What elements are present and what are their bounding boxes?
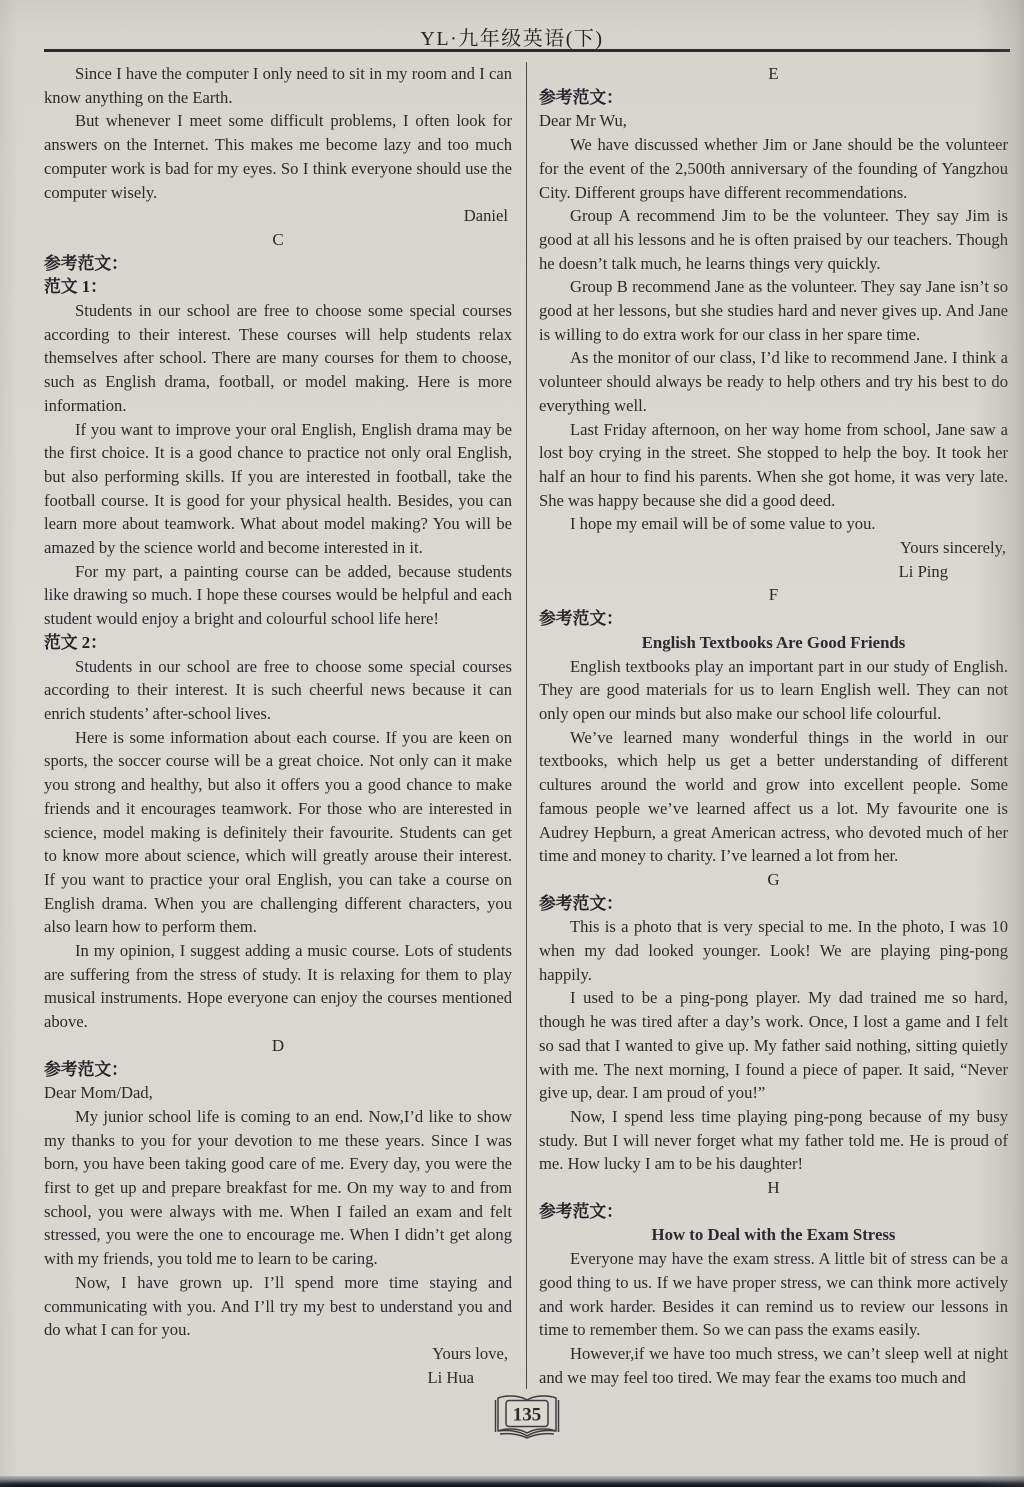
paragraph: In my opinion, I suggest adding a music … [44, 939, 512, 1034]
paragraph: This is a photo that is very special to … [539, 915, 1008, 986]
reference-label: 参考范文： [44, 1058, 512, 1082]
paragraph: Group A recommend Jim to be the voluntee… [539, 204, 1008, 275]
signature-line: Yours love, [44, 1342, 512, 1366]
reference-label: 参考范文： [44, 252, 512, 276]
paragraph: For my part, a painting course can be ad… [44, 560, 512, 631]
paragraph: Group B recommend Jane as the volunteer.… [539, 275, 1008, 346]
section-letter: C [44, 228, 512, 252]
textbook-page: { "header": { "title": "YL·九年级英语(下)" }, … [0, 0, 1024, 1487]
content: Since I have the computer I only need to… [44, 62, 1008, 1389]
essay-title: English Textbooks Are Good Friends [539, 631, 1008, 655]
paragraph: I hope my email will be of some value to… [539, 512, 1008, 536]
paragraph: We’ve learned many wonderful things in t… [539, 726, 1008, 868]
signature-line: Daniel [44, 204, 512, 228]
reference-label: 参考范文： [539, 86, 1008, 110]
essay-title: How to Deal with the Exam Stress [539, 1223, 1008, 1247]
footer: 135 [492, 1392, 562, 1440]
paragraph: As the monitor of our class, I’d like to… [539, 346, 1008, 417]
reference-label: 参考范文： [539, 892, 1008, 916]
section-letter: H [539, 1176, 1008, 1200]
paragraph: My junior school life is coming to an en… [44, 1105, 512, 1271]
paragraph: If you want to improve your oral English… [44, 418, 512, 560]
page-title: YL·九年级英语(下) [0, 22, 1024, 51]
reference-label: 范文 2： [44, 631, 512, 655]
header-rule [44, 49, 1010, 52]
paragraph: Last Friday afternoon, on her way home f… [539, 418, 1008, 513]
section-letter: G [539, 868, 1008, 892]
paragraph: Here is some information about each cour… [44, 726, 512, 939]
reference-label: 范文 1： [44, 275, 512, 299]
paragraph: I used to be a ping-pong player. My dad … [539, 986, 1008, 1105]
section-letter: E [539, 62, 1008, 86]
signature-line: Li Hua [44, 1366, 512, 1390]
signature-line: Li Ping [539, 560, 1008, 584]
paragraph: However,if we have too much stress, we c… [539, 1342, 1008, 1389]
reference-label: 参考范文： [539, 607, 1008, 631]
paragraph: Everyone may have the exam stress. A lit… [539, 1247, 1008, 1342]
column-right: E参考范文：Dear Mr Wu,We have discussed wheth… [527, 62, 1008, 1389]
paragraph: Since I have the computer I only need to… [44, 62, 512, 109]
paragraph: Students in our school are free to choos… [44, 299, 512, 418]
paragraph: English textbooks play an important part… [539, 655, 1008, 726]
paragraph: Now, I spend less time playing ping-pong… [539, 1105, 1008, 1176]
bottom-page-edge [0, 1476, 1024, 1487]
signature-line: Yours sincerely, [539, 536, 1008, 560]
paragraph: But whenever I meet some difficult probl… [44, 109, 512, 204]
paragraph: Students in our school are free to choos… [44, 655, 512, 726]
column-left: Since I have the computer I only need to… [44, 62, 527, 1389]
salutation-line: Dear Mr Wu, [539, 109, 1008, 133]
salutation-line: Dear Mom/Dad, [44, 1081, 512, 1105]
paragraph: We have discussed whether Jim or Jane sh… [539, 133, 1008, 204]
reference-label: 参考范文： [539, 1200, 1008, 1224]
section-letter: D [44, 1034, 512, 1058]
section-letter: F [539, 583, 1008, 607]
open-book-icon: 135 [492, 1392, 562, 1440]
page-number: 135 [513, 1405, 542, 1426]
paragraph: Now, I have grown up. I’ll spend more ti… [44, 1271, 512, 1342]
